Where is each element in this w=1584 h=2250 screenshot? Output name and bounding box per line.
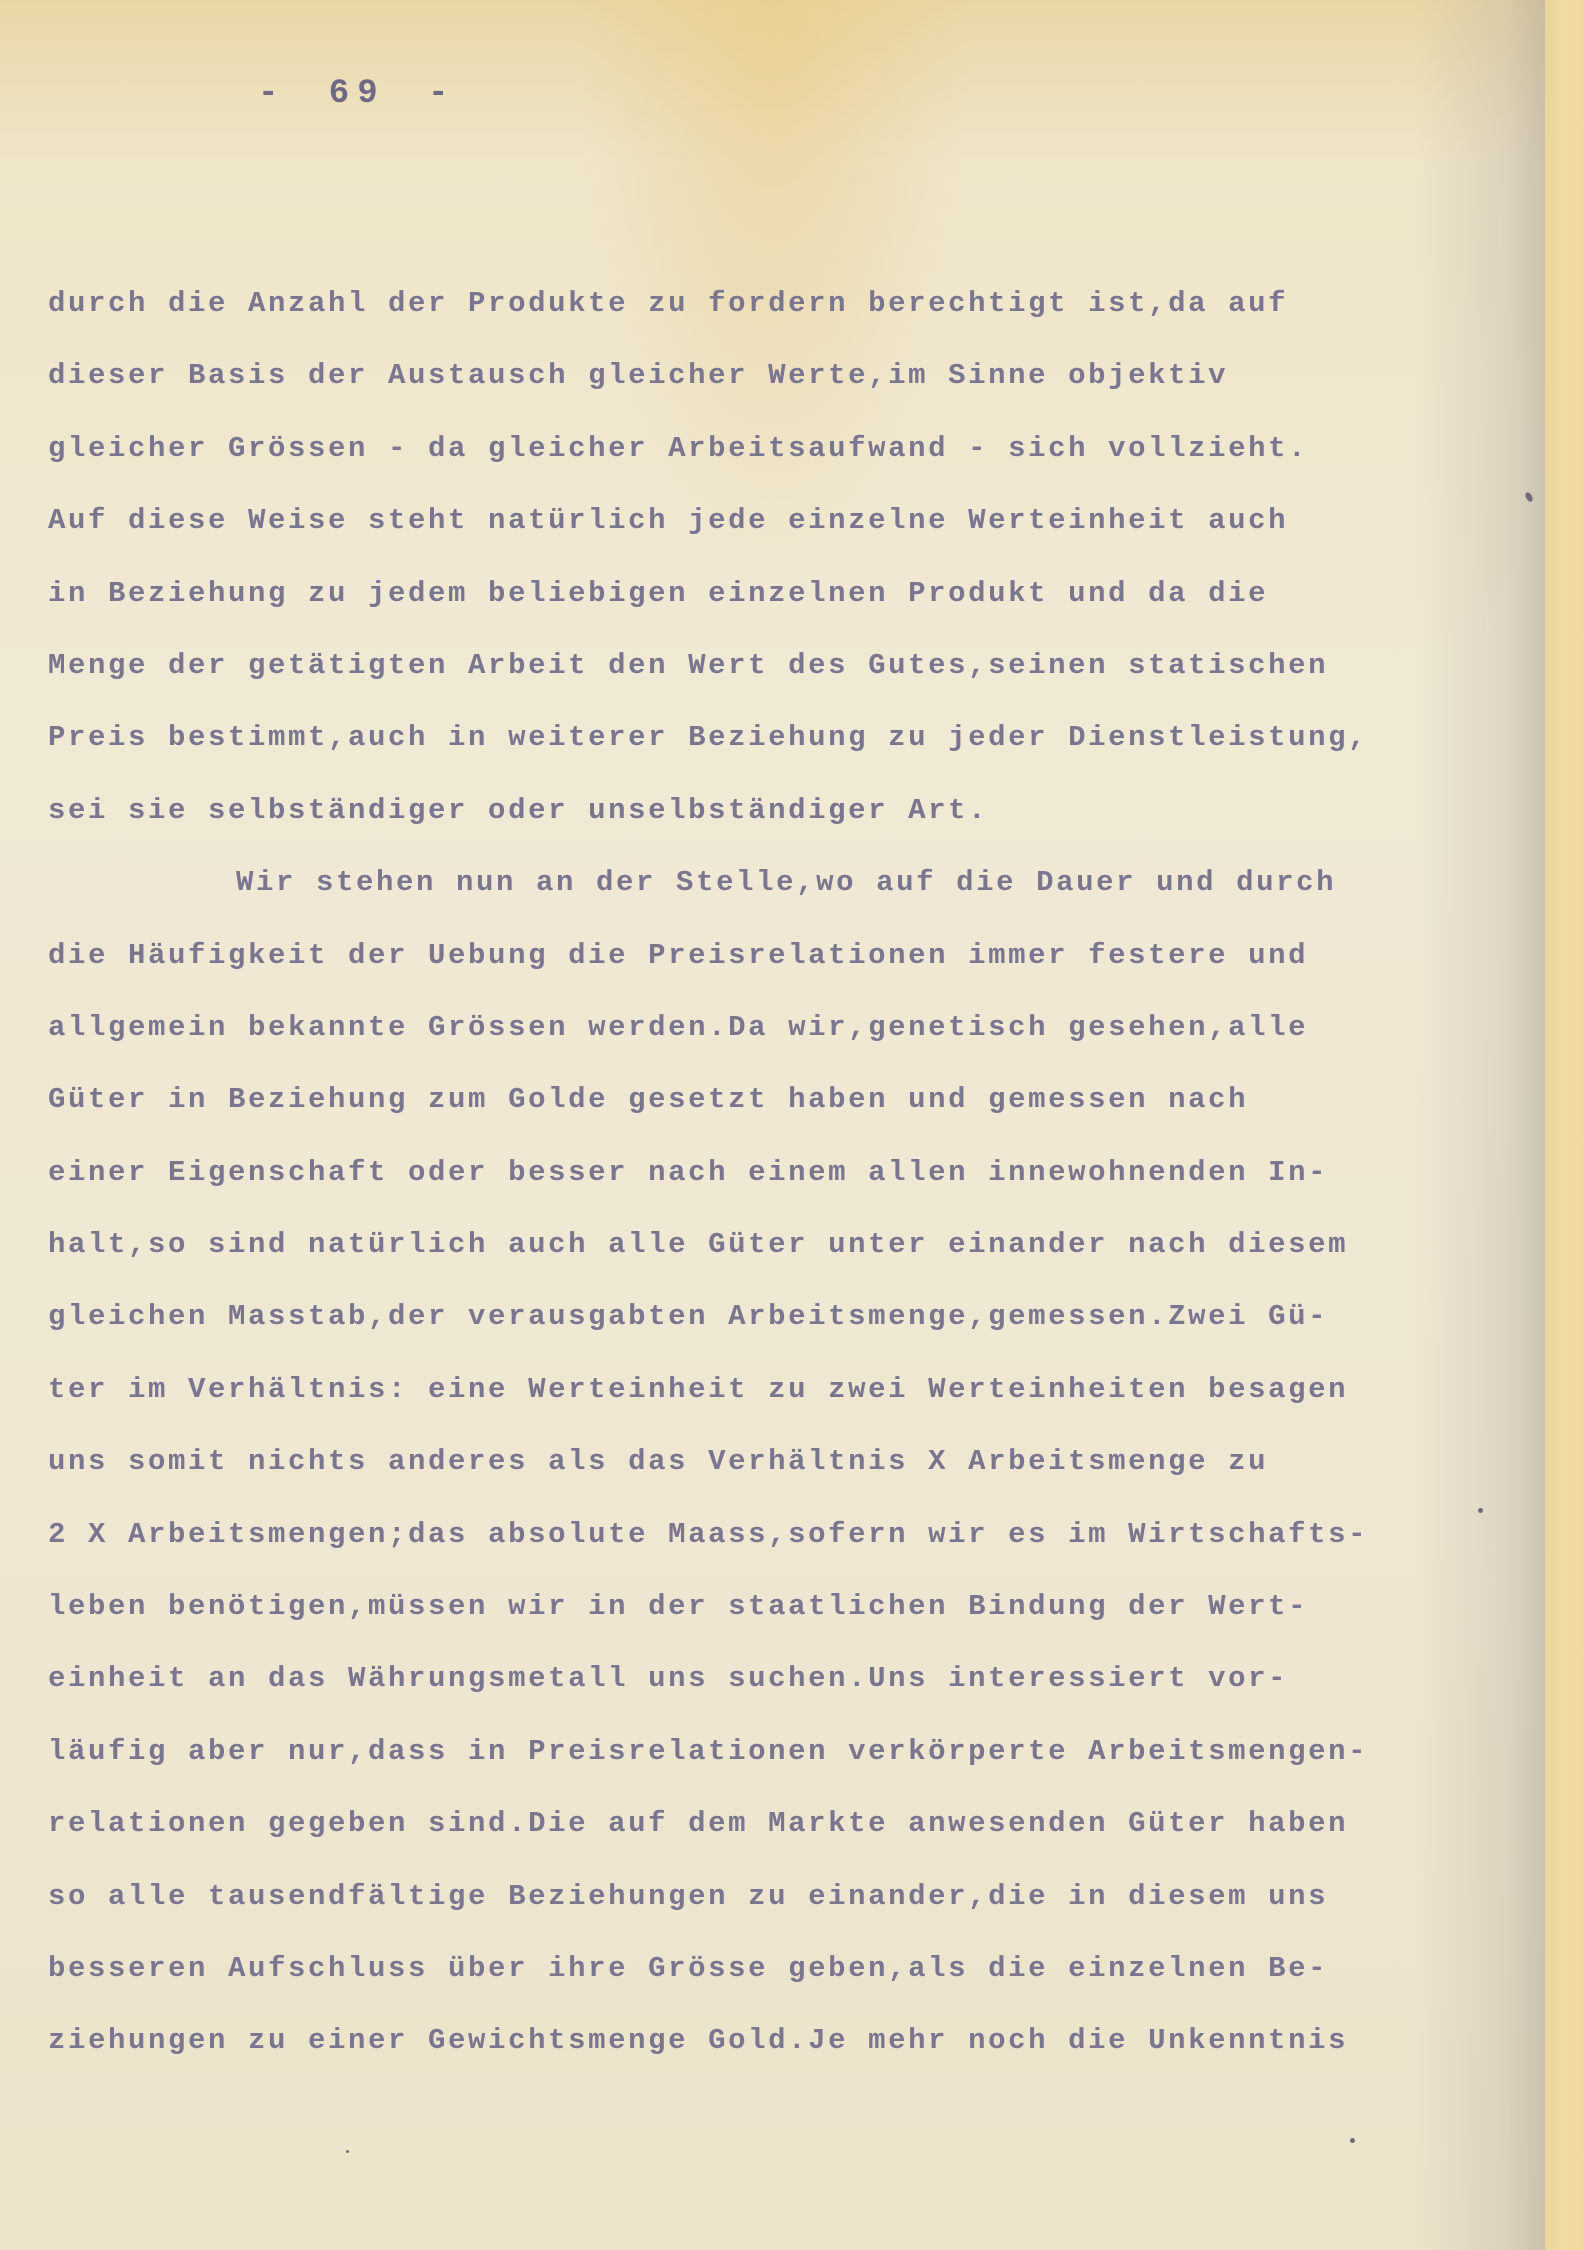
text-line: einer Eigenschaft oder besser nach einem… — [48, 1137, 1548, 1209]
text-line: leben benötigen,müssen wir in der staatl… — [48, 1571, 1548, 1643]
text-line: 2 X Arbeitsmengen;das absolute Maass,sof… — [48, 1499, 1548, 1571]
typewritten-body: durch die Anzahl der Produkte zu fordern… — [48, 268, 1548, 2078]
text-line: läufig aber nur,dass in Preisrelationen … — [48, 1716, 1548, 1788]
paragraph-start-line: Wir stehen nun an der Stelle,wo auf die … — [48, 847, 1548, 919]
text-line: in Beziehung zu jedem beliebigen einzeln… — [48, 558, 1548, 630]
text-line: besseren Aufschluss über ihre Grösse geb… — [48, 1933, 1548, 2005]
text-line: ziehungen zu einer Gewichtsmenge Gold.Je… — [48, 2005, 1548, 2077]
text-line: relationen gegeben sind.Die auf dem Mark… — [48, 1788, 1548, 1860]
text-line: sei sie selbständiger oder unselbständig… — [48, 775, 1548, 847]
text-line: durch die Anzahl der Produkte zu fordern… — [48, 268, 1548, 340]
text-line: so alle tausendfältige Beziehungen zu ei… — [48, 1861, 1548, 1933]
ink-speck — [1478, 1508, 1483, 1513]
text-line: gleichen Masstab,der verausgabten Arbeit… — [48, 1281, 1548, 1353]
page-number: - 69 - — [258, 75, 456, 113]
text-line: dieser Basis der Austausch gleicher Wert… — [48, 340, 1548, 412]
text-line: uns somit nichts anderes als das Verhält… — [48, 1426, 1548, 1498]
text-line: Menge der getätigten Arbeit den Wert des… — [48, 630, 1548, 702]
ink-speck — [346, 2150, 349, 2153]
ink-speck — [1350, 2138, 1355, 2143]
text-line: ter im Verhältnis: eine Werteinheit zu z… — [48, 1354, 1548, 1426]
text-line: gleicher Grössen - da gleicher Arbeitsau… — [48, 413, 1548, 485]
text-line: Güter in Beziehung zum Golde gesetzt hab… — [48, 1064, 1548, 1136]
text-line: Auf diese Weise steht natürlich jede ein… — [48, 485, 1548, 557]
text-line: einheit an das Währungsmetall uns suchen… — [48, 1643, 1548, 1715]
text-line: Preis bestimmt,auch in weiterer Beziehun… — [48, 702, 1548, 774]
text-line: allgemein bekannte Grössen werden.Da wir… — [48, 992, 1548, 1064]
text-line: die Häufigkeit der Uebung die Preisrelat… — [48, 920, 1548, 992]
page-edge — [1545, 0, 1584, 2250]
text-line: halt,so sind natürlich auch alle Güter u… — [48, 1209, 1548, 1281]
